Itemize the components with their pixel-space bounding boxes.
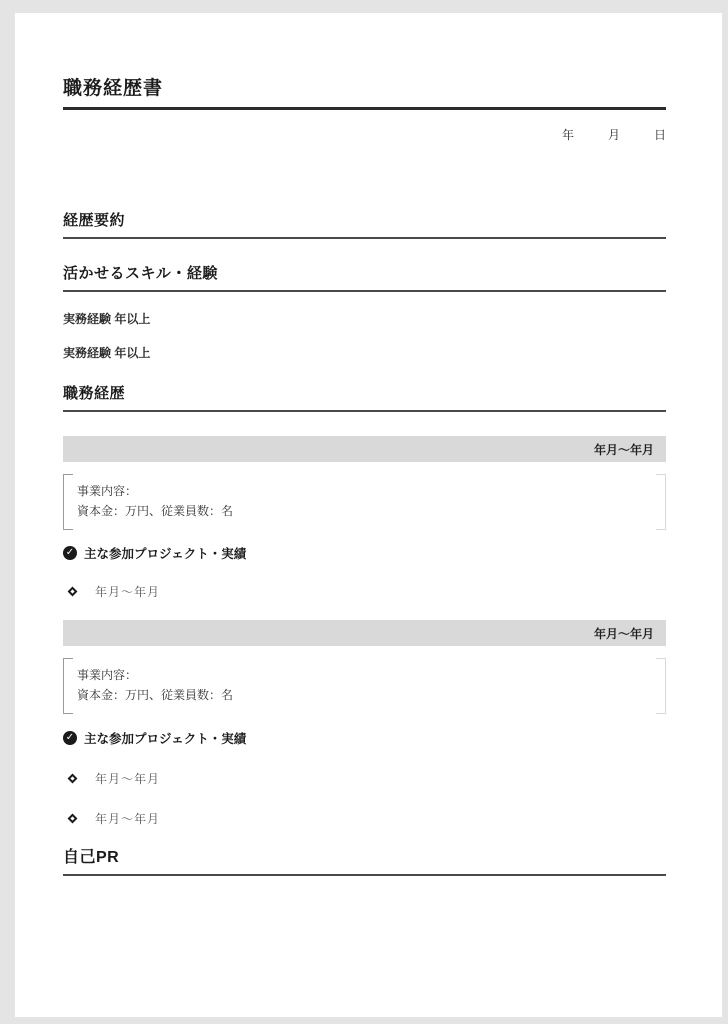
section-heading-skills: 活かせるスキル・経験 [63,262,666,292]
project-period-row: 年月～年月 [63,810,666,827]
job-period-bar: 年月～年月 [63,436,666,462]
job-period-label: 年月～年月 [594,441,654,458]
diamond-bullet-icon [68,587,78,597]
capital-employees-line: 資本金：万円、従業員数：名 [77,501,650,521]
project-period-label: 年月～年月 [95,583,160,600]
projects-heading-label: 主な参加プロジェクト・実績 [84,544,246,562]
document-content: 職務経歴書 年 月 日 経歴要約 活かせるスキル・経験 実務経験 年以上 実務経… [15,13,722,876]
project-period-row: 年月～年月 [63,770,666,787]
capital-employees-line: 資本金：万円、従業員数：名 [77,685,650,705]
job-period-bar: 年月～年月 [63,620,666,646]
project-period-row: 年月～年月 [63,583,666,600]
check-circle-icon: ✓ [63,546,77,560]
projects-heading-label: 主な参加プロジェクト・実績 [84,729,246,747]
skill-item: 実務経験 年以上 [63,345,666,361]
section-heading-work-history: 職務経歴 [63,382,666,412]
projects-heading-row: ✓ 主な参加プロジェクト・実績 [63,729,666,747]
section-heading-self-pr: 自己PR [63,844,666,876]
document-page: 職務経歴書 年 月 日 経歴要約 活かせるスキル・経験 実務経験 年以上 実務経… [15,13,722,1017]
business-description-line: 事業内容： [77,665,650,685]
skill-item: 実務経験 年以上 [63,311,666,327]
company-info-box: 事業内容： 資本金：万円、従業員数：名 [63,474,666,530]
date-line: 年 月 日 [63,126,666,143]
check-circle-icon: ✓ [63,731,77,745]
date-year-label: 年 [562,126,574,143]
section-heading-career-summary: 経歴要約 [63,209,666,239]
diamond-bullet-icon [68,774,78,784]
project-period-label: 年月～年月 [95,770,160,787]
company-info-box: 事業内容： 資本金：万円、従業員数：名 [63,658,666,714]
business-description-line: 事業内容： [77,481,650,501]
job-period-label: 年月～年月 [594,625,654,642]
date-month-label: 月 [608,126,620,143]
diamond-bullet-icon [68,814,78,824]
date-day-label: 日 [654,126,666,143]
projects-heading-row: ✓ 主な参加プロジェクト・実績 [63,544,666,562]
project-period-label: 年月～年月 [95,810,160,827]
document-title: 職務経歴書 [63,73,666,110]
